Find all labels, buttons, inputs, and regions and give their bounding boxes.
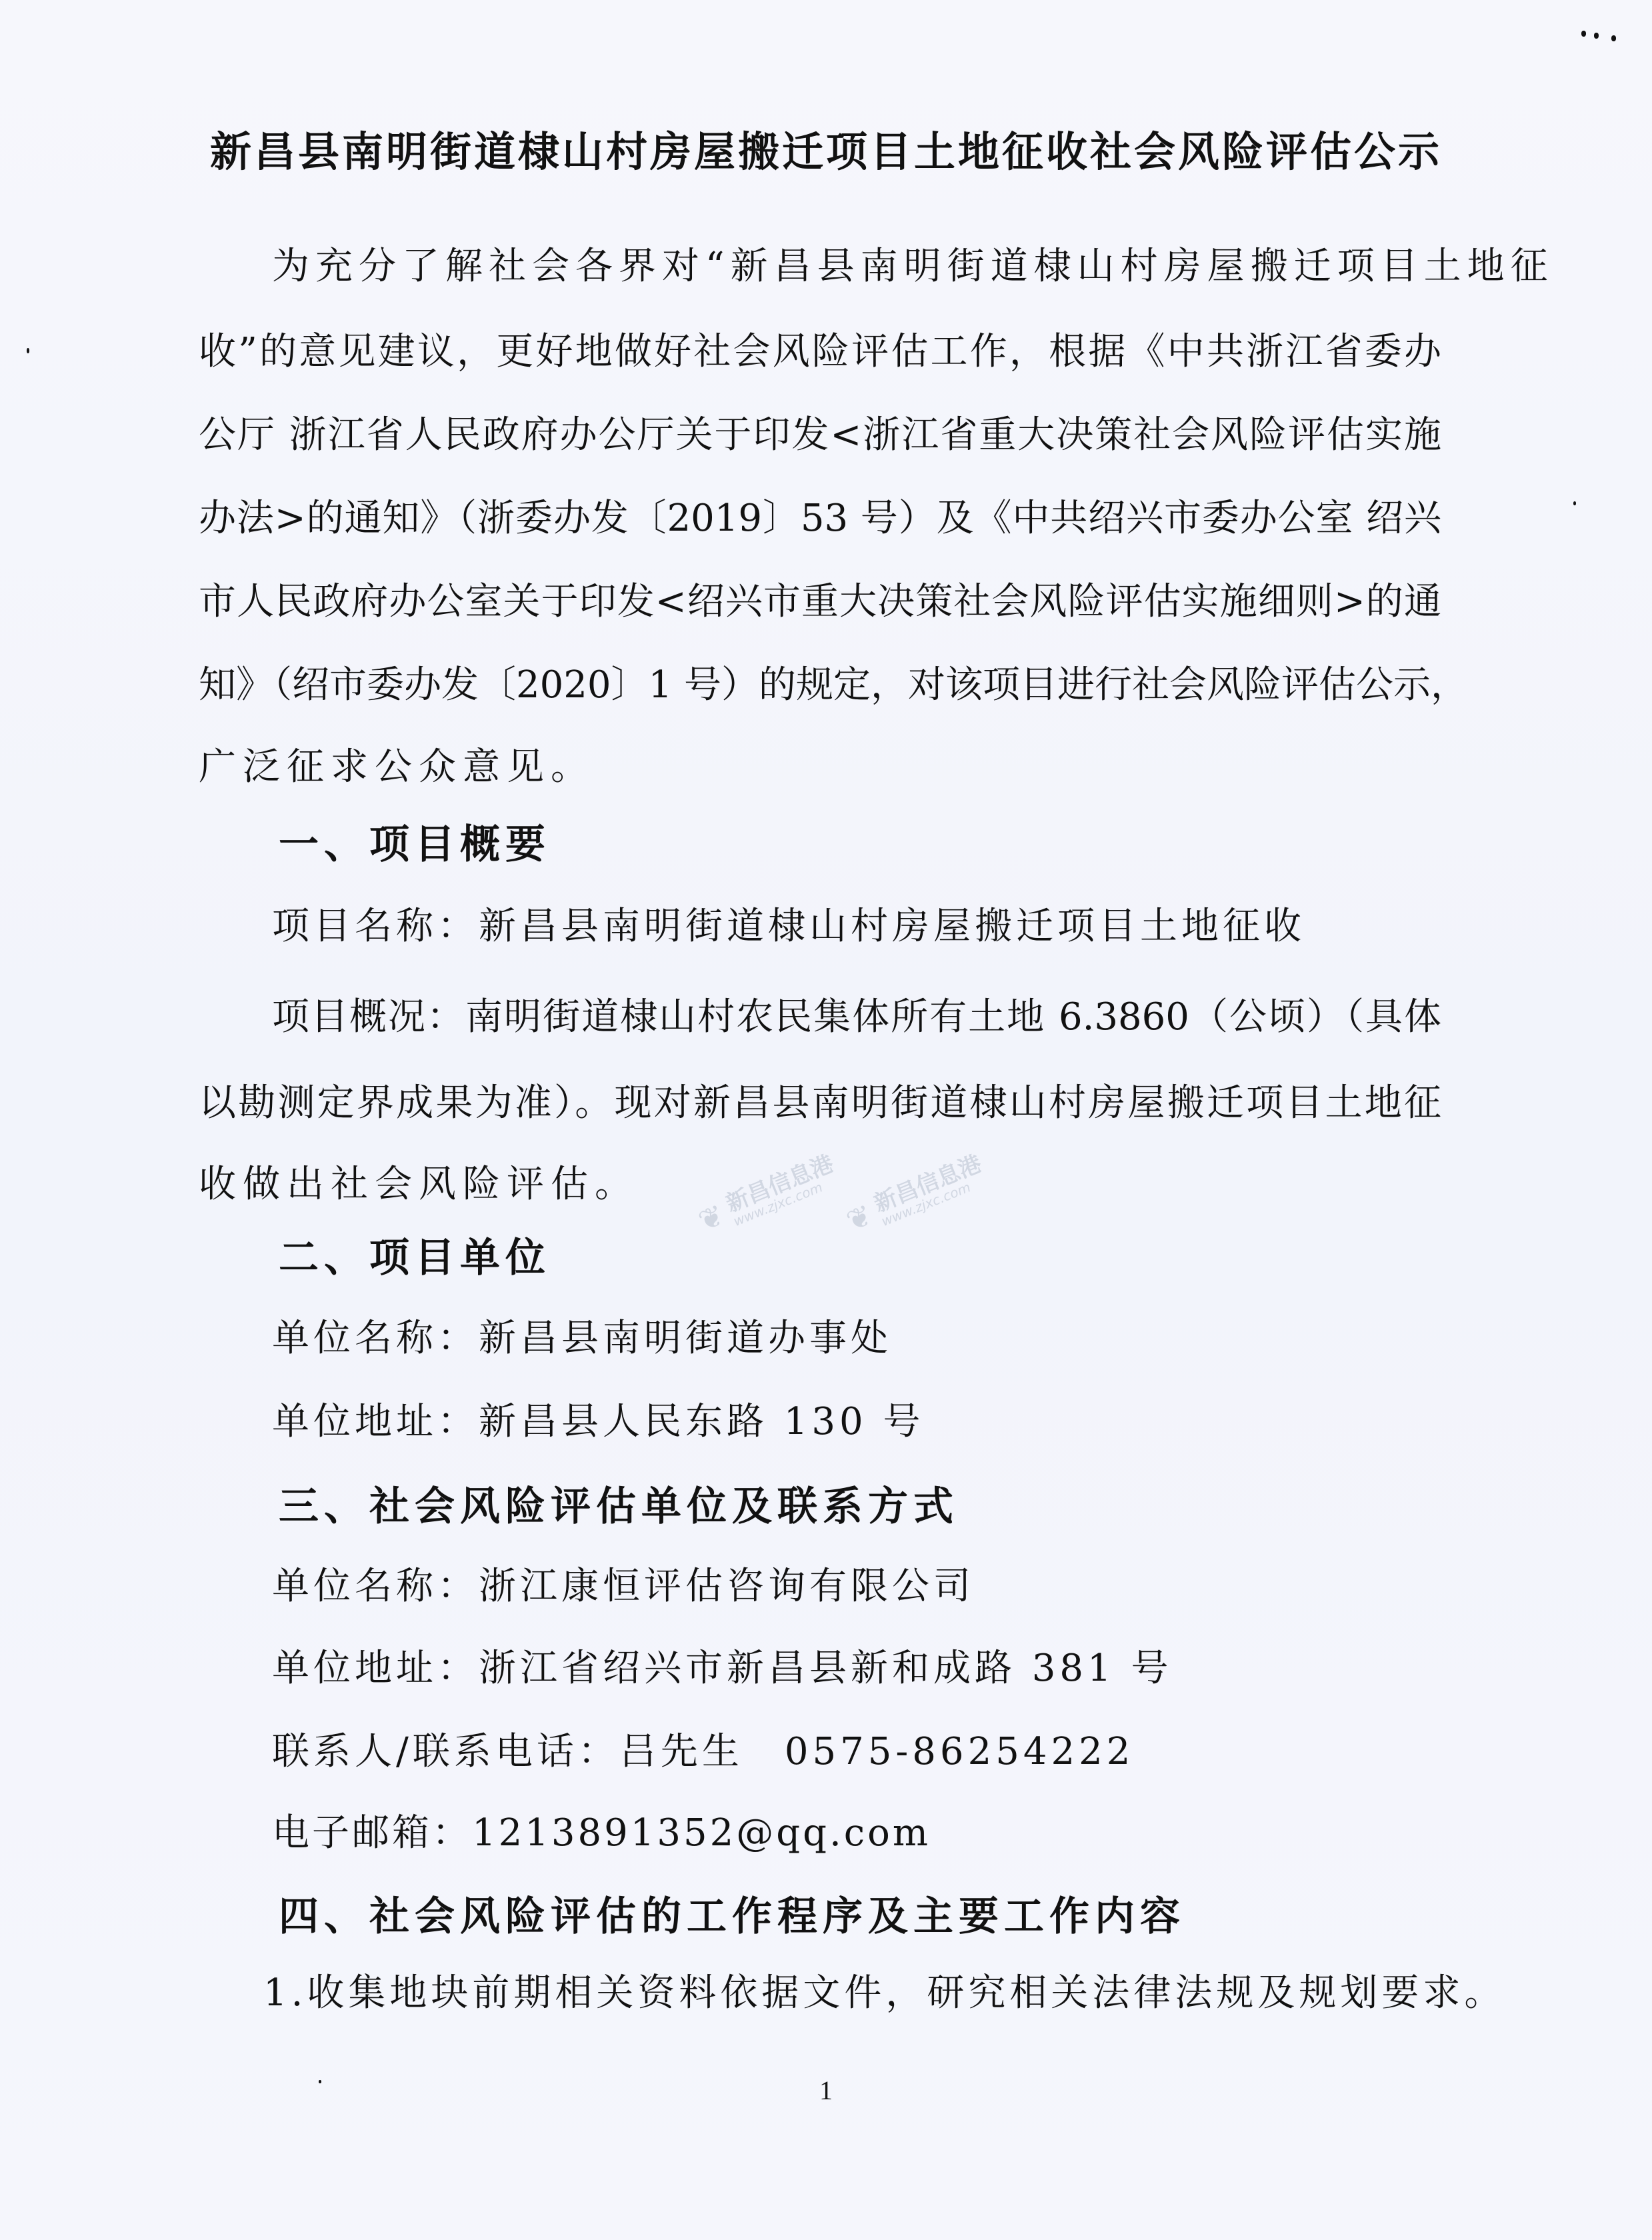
- intro-line: 收”的意见建议，更好地做好社会风险评估工作，根据《中共浙江省委办: [199, 333, 1441, 371]
- project-unit-name-line: 单位名称：新昌县南明街道办事处: [272, 1320, 892, 1357]
- work-procedure-item: 1.收集地块前期相关资料依据文件，研究相关法律法规及规划要求。: [263, 1975, 1505, 2012]
- section-heading-work-procedure: 四、社会风险评估的工作程序及主要工作内容: [279, 1897, 1185, 1937]
- project-overview-line: 收做出社会风险评估。: [199, 1166, 639, 1203]
- document-page: 新昌县南明街道棣山村房屋搬迁项目土地征收社会风险评估公示 为充分了解社会各界对“…: [0, 0, 1652, 2240]
- intro-line: 办法>的通知》（浙委办发〔2019〕53 号）及《中共绍兴市委办公室 绍兴: [199, 500, 1441, 537]
- section-heading-project-unit: 二、项目单位: [279, 1238, 551, 1278]
- intro-line: 知》（绍市委办发〔2020〕1 号）的规定，对该项目进行社会风险评估公示，: [199, 667, 1441, 704]
- section-heading-project-overview: 一、项目概要: [279, 825, 551, 865]
- project-overview-line: 以勘测定界成果为准）。现对新昌县南明街道棣山村房屋搬迁项目土地征: [199, 1085, 1441, 1122]
- page-number: 1: [0, 2075, 1652, 2106]
- document-title: 新昌县南明街道棣山村房屋搬迁项目土地征收社会风险评估公示: [0, 119, 1652, 178]
- project-overview-line: 项目概况：南明街道棣山村农民集体所有土地 6.3860（公顷）（具体: [272, 999, 1441, 1036]
- project-name-line: 项目名称：新昌县南明街道棣山村房屋搬迁项目土地征收: [272, 908, 1305, 945]
- scan-speck: [1594, 33, 1599, 39]
- scan-speck: [1573, 501, 1576, 505]
- intro-line: 为充分了解社会各界对“新昌县南明街道棣山村房屋搬迁项目土地征: [272, 248, 1554, 285]
- watermark-logo-icon: ❦: [695, 1201, 729, 1237]
- intro-line: 广泛征求公众意见。: [199, 749, 595, 786]
- intro-line: 公厅 浙江省人民政府办公厅关于印发<浙江省重大决策社会风险评估实施: [199, 417, 1441, 454]
- contact-phone-line: 联系人/联系电话：吕先生 0575-86254222: [272, 1733, 1134, 1771]
- scan-speck: [1581, 31, 1586, 37]
- scan-speck: [1611, 35, 1616, 41]
- intro-line: 市人民政府办公室关于印发<绍兴市重大决策社会风险评估实施细则>的通: [199, 583, 1441, 621]
- watermark: ❦ 新昌信息港 www.zjxc.com: [693, 1152, 841, 1240]
- scan-speck: [27, 348, 29, 353]
- section-heading-assessment-unit: 三、社会风险评估单位及联系方式: [279, 1487, 959, 1527]
- watermark: ❦ 新昌信息港 www.zjxc.com: [841, 1152, 989, 1240]
- project-unit-address-line: 单位地址：新昌县人民东路 130 号: [272, 1403, 925, 1441]
- watermark-logo-icon: ❦: [843, 1201, 877, 1237]
- assessment-unit-name-line: 单位名称：浙江康恒评估咨询有限公司: [272, 1568, 975, 1605]
- assessment-unit-address-line: 单位地址：浙江省绍兴市新昌县新和成路 381 号: [272, 1650, 1173, 1687]
- contact-email-line: 电子邮箱：1213891352@qq.com: [272, 1815, 931, 1852]
